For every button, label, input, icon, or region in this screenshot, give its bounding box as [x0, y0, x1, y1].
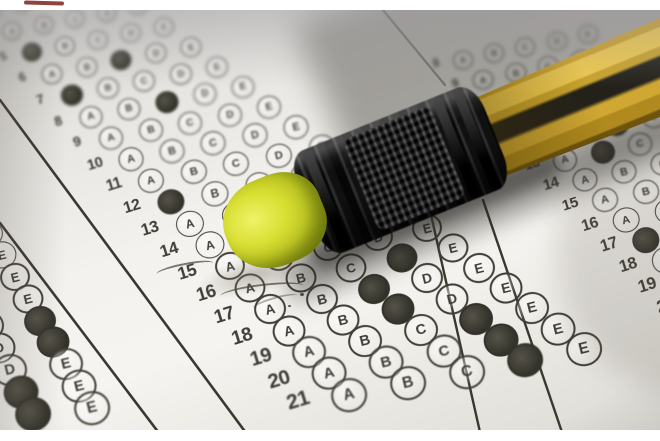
answer-sheet-photo: ABCDEABCDE5BCDE6ABDE7BCDE8ABDE9ABCDE10AB…	[0, 0, 660, 441]
answer-bubble: C	[86, 28, 110, 51]
answer-bubble: B	[178, 157, 209, 187]
answer-bubble: A	[78, 103, 106, 130]
answer-bubble: B	[136, 116, 165, 144]
answer-bubble: E	[229, 74, 257, 101]
answer-bubble: D	[240, 121, 270, 150]
answer-bubble: C	[198, 129, 228, 158]
question-number: 14	[157, 238, 180, 262]
answer-bubble: E	[178, 34, 203, 58]
answer-bubble: B	[53, 34, 77, 57]
answer-bubble: B	[32, 14, 55, 36]
question-number: 8	[53, 113, 64, 129]
answer-bubble: A	[116, 145, 146, 174]
bottom-white-border	[0, 430, 660, 441]
question-number: 11	[104, 175, 124, 197]
filled-answer-bubble	[58, 82, 84, 108]
question-number: 18	[229, 322, 255, 350]
question-number: 13	[139, 217, 161, 240]
filled-answer-bubble	[153, 88, 181, 115]
answer-bubble: A	[97, 124, 126, 152]
question-number: 9	[71, 134, 83, 151]
answer-bubble: B	[116, 96, 144, 123]
eraser-crumb	[288, 305, 291, 307]
answer-bubble: E	[204, 54, 230, 80]
answer-bubble: B	[157, 137, 187, 166]
answer-bubble: A	[1, 20, 24, 42]
answer-bubble: B	[74, 55, 99, 79]
question-number: 17	[211, 301, 236, 328]
answer-bubble: B	[95, 75, 121, 101]
question-number: 7	[35, 91, 46, 107]
filled-answer-bubble	[109, 48, 134, 72]
question-number: 10	[85, 154, 104, 174]
answer-bubble: E	[281, 113, 311, 142]
question-number: 5	[0, 49, 8, 64]
eraser-crumb	[318, 300, 321, 303]
answer-bubble: D	[143, 41, 168, 65]
answer-bubble: E	[152, 15, 176, 38]
top-white-border	[0, 0, 660, 10]
answer-bubble: C	[64, 8, 87, 30]
filled-answer-bubble	[20, 41, 44, 64]
answer-bubble: D	[215, 101, 244, 129]
answer-bubble: A	[39, 62, 64, 86]
question-number: 12	[121, 196, 142, 218]
question-number: 6	[16, 70, 26, 85]
question-number: 21	[283, 386, 312, 416]
answer-bubble: E	[255, 93, 284, 121]
answer-bubble: D	[119, 21, 143, 44]
question-number: 19	[247, 344, 274, 372]
answer-bubble: D	[191, 81, 219, 108]
answer-bubble: C	[131, 68, 157, 94]
answer-bubble: D	[167, 61, 193, 87]
answer-bubble: C	[176, 109, 205, 137]
